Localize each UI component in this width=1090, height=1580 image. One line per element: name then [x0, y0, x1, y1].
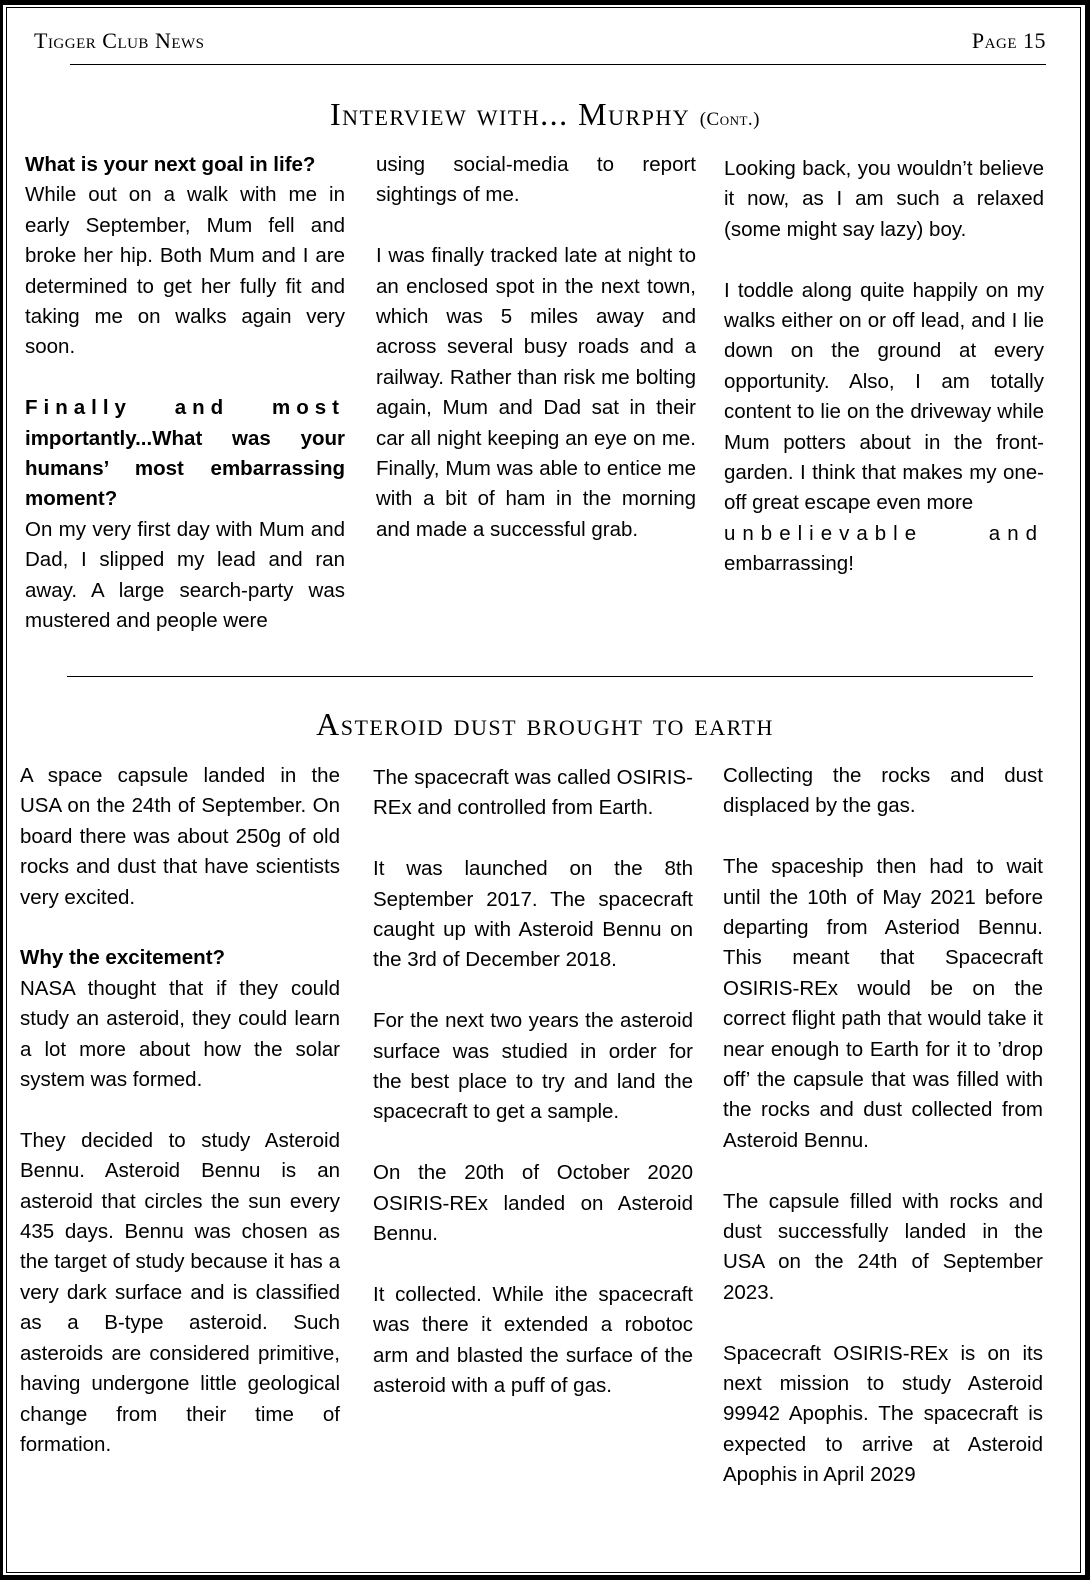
asteroid-col2-para-4: On the 20th of October 2020 OSIRIS-REx l…	[373, 1158, 693, 1249]
asteroid-col3-para-2: The spaceship then had to wait until the…	[723, 852, 1043, 1156]
asteroid-col2-para-5: It collected. While ithe spacecraft was …	[373, 1280, 693, 1402]
asteroid-subhead-excitement: Why the excitement?	[20, 943, 340, 973]
interview-col3-para-1: Looking back, you wouldn’t believe it no…	[724, 154, 1044, 245]
asteroid-col3-para-1: Collecting the rocks and dust displaced …	[723, 761, 1043, 822]
interview-col2-para-1: using social-media to report sightings o…	[376, 150, 696, 211]
interview-title: Interview with... Murphy (Cont.)	[0, 94, 1090, 140]
interview-column-2: using social-media to report sightings o…	[376, 150, 696, 545]
asteroid-title: Asteroid dust brought to earth	[0, 704, 1090, 744]
interview-col3-spaced-words: unbelievable and	[724, 519, 1044, 549]
asteroid-col1-para-2: NASA thought that if they could study an…	[20, 974, 340, 1096]
answer-next-goal: While out on a walk with me in early Sep…	[25, 180, 345, 362]
section-divider-rule	[67, 676, 1033, 677]
asteroid-col1-para-3: They decided to study Asteroid Bennu. As…	[20, 1126, 340, 1460]
question-embarrassing-lead: Finally and most	[25, 393, 345, 423]
running-header: Tigger Club News Page 15	[34, 26, 1046, 56]
asteroid-col1-para-1: A space capsule landed in the USA on the…	[20, 761, 340, 913]
asteroid-col2-para-2: It was launched on the 8th September 201…	[373, 854, 693, 976]
page-number: Page 15	[972, 28, 1046, 54]
asteroid-col2-para-3: For the next two years the asteroid surf…	[373, 1006, 693, 1128]
asteroid-col3-para-3: The capsule filled with rocks and dust s…	[723, 1187, 1043, 1309]
interview-col3-para-2-end: embarrassing!	[724, 552, 854, 575]
interview-title-suffix: (Cont.)	[700, 109, 760, 130]
header-rule	[70, 64, 1046, 65]
interview-col3-para-2-main: I toddle along quite happily on my walks…	[724, 279, 1044, 515]
interview-title-text: Interview with... Murphy	[330, 96, 690, 132]
asteroid-column-3: Collecting the rocks and dust displaced …	[723, 761, 1043, 1491]
question-next-goal: What is your next goal in life?	[25, 150, 345, 180]
answer-embarrassing-moment: On my very first day with Mum and Dad, I…	[25, 515, 345, 637]
interview-col2-para-2: I was finally tracked late at night to a…	[376, 241, 696, 545]
asteroid-column-1: A space capsule landed in the USA on the…	[20, 761, 340, 1460]
question-embarrassing-moment: Finally and most importantly...What was …	[25, 393, 345, 515]
interview-column-3: Looking back, you wouldn’t believe it no…	[724, 154, 1044, 580]
question-embarrassing-rest: importantly...What was your humans’ most…	[25, 427, 345, 511]
asteroid-col2-para-1: The spacecraft was called OSIRIS-REx and…	[373, 763, 693, 824]
interview-column-1: What is your next goal in life? While ou…	[25, 150, 345, 636]
asteroid-col3-para-4: Spacecraft OSIRIS-REx is on its next mis…	[723, 1339, 1043, 1491]
asteroid-column-2: The spacecraft was called OSIRIS-REx and…	[373, 763, 693, 1401]
interview-col3-para-2: I toddle along quite happily on my walks…	[724, 276, 1044, 580]
publication-name: Tigger Club News	[34, 28, 205, 54]
